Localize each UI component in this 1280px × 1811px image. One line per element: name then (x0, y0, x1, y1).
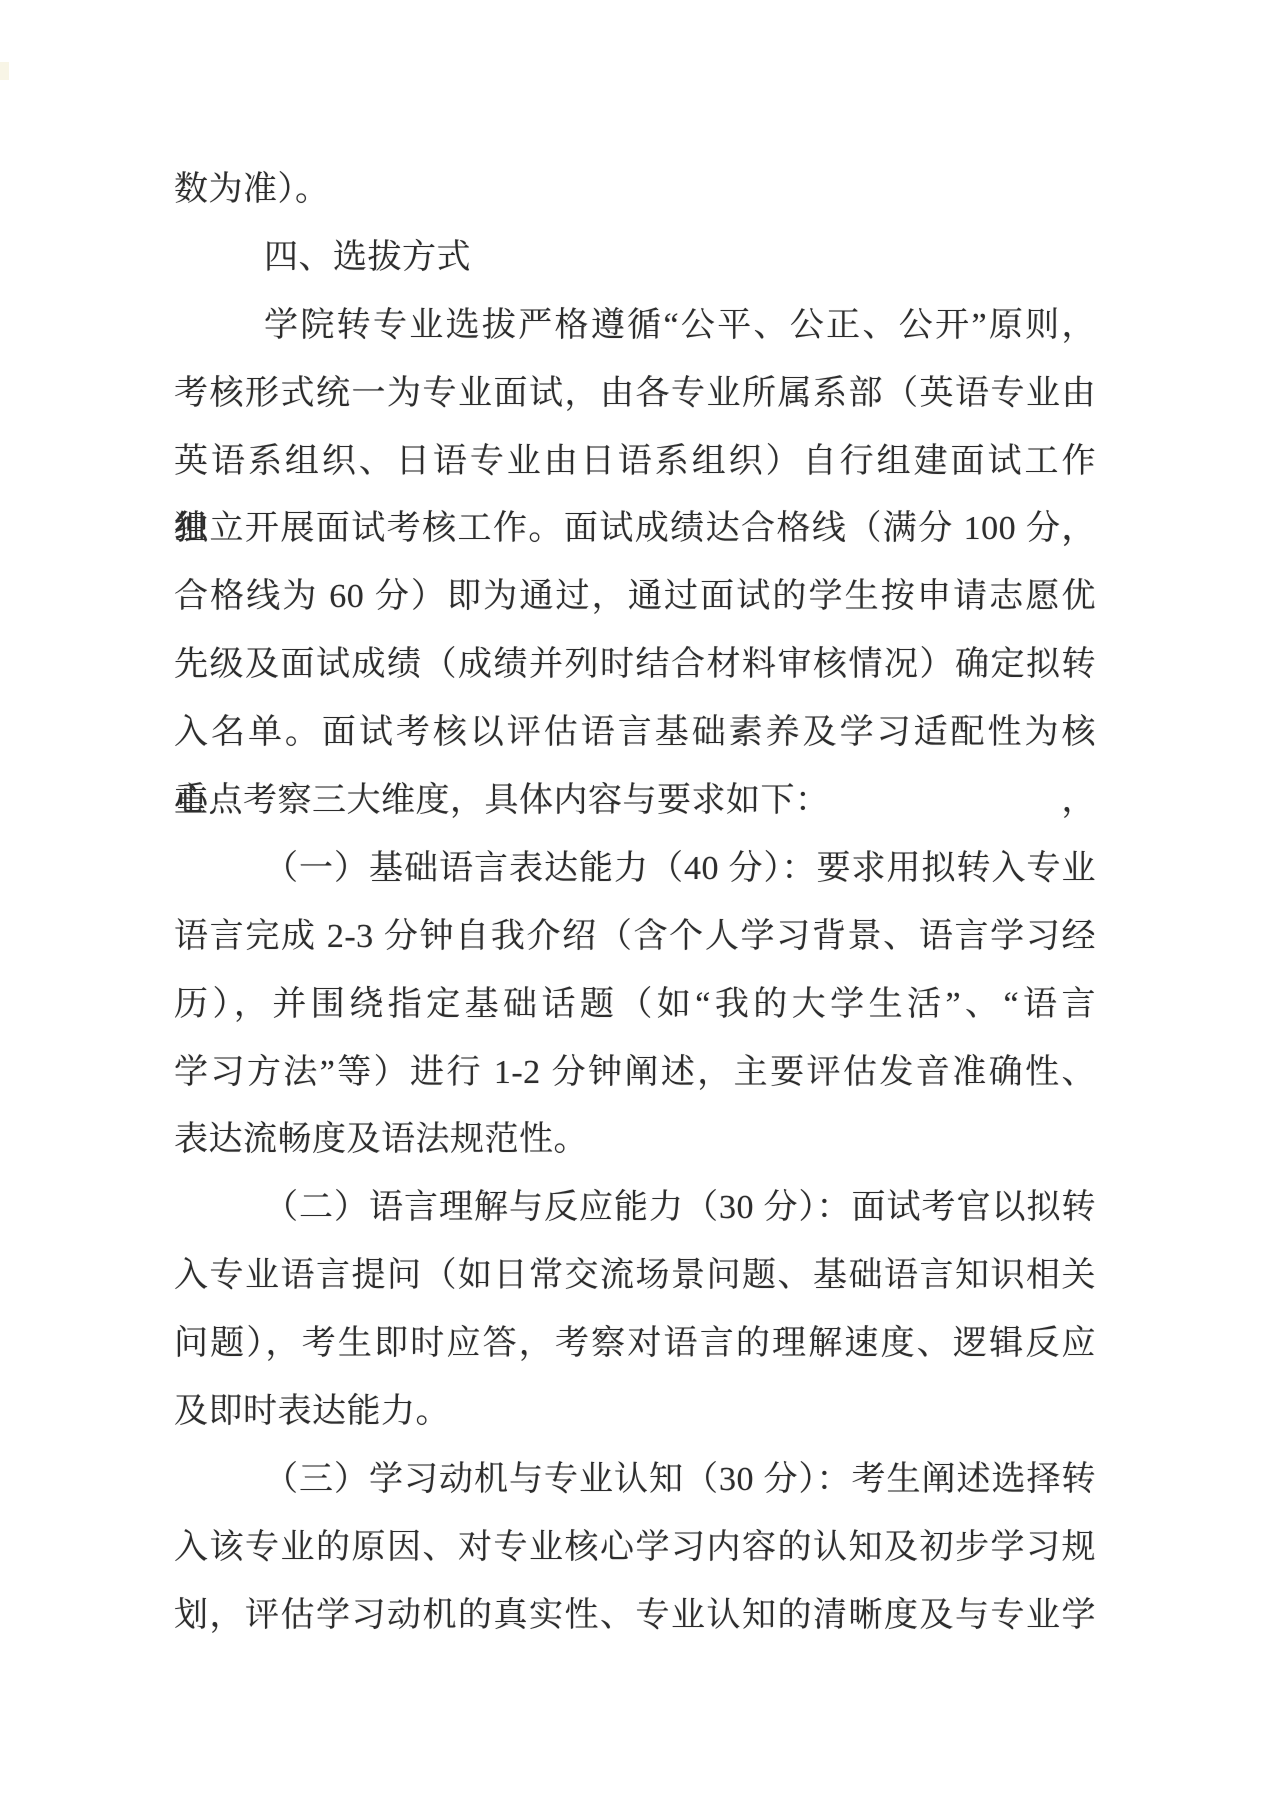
text-line: 入名单。面试考核以评估语言基础素养及学习适配性为核心， (174, 699, 1096, 767)
text-line: 合格线为 60 分）即为通过，通过面试的学生按申请志愿优 (174, 563, 1096, 631)
document-text-block: 数为准）。四、选拔方式学院转专业选拔严格遵循“公平、公正、公开”原则，考核形式统… (174, 156, 1096, 1650)
text-line: 及即时表达能力。 (174, 1378, 1096, 1446)
text-line: （二）语言理解与反应能力（30 分）：面试考官以拟转 (174, 1174, 1096, 1242)
text-line: 表达流畅度及语法规范性。 (174, 1106, 1096, 1174)
text-line: 四、选拔方式 (174, 224, 1096, 292)
text-line: 入专业语言提问（如日常交流场景问题、基础语言知识相关 (174, 1242, 1096, 1310)
text-line: 语言完成 2-3 分钟自我介绍（含个人学习背景、语言学习经 (174, 903, 1096, 971)
text-line: 问题），考生即时应答，考察对语言的理解速度、逻辑反应 (174, 1310, 1096, 1378)
text-line: 先级及面试成绩（成绩并列时结合材料审核情况）确定拟转 (174, 631, 1096, 699)
text-line: 学院转专业选拔严格遵循“公平、公正、公开”原则， (174, 292, 1096, 360)
text-line: （一）基础语言表达能力（40 分）：要求用拟转入专业 (174, 835, 1096, 903)
text-line: 英语系组织、日语专业由日语系组织）自行组建面试工作组， (174, 428, 1096, 496)
text-line: 入该专业的原因、对专业核心学习内容的认知及初步学习规 (174, 1514, 1096, 1582)
text-line: 独立开展面试考核工作。面试成绩达合格线（满分 100 分， (174, 495, 1096, 563)
document-page: 数为准）。四、选拔方式学院转专业选拔严格遵循“公平、公正、公开”原则，考核形式统… (0, 0, 1280, 1811)
text-line: 学习方法”等）进行 1-2 分钟阐述，主要评估发音准确性、 (174, 1039, 1096, 1107)
text-line: 数为准）。 (174, 156, 1096, 224)
scan-artifact (0, 62, 9, 80)
text-line: 历），并围绕指定基础话题（如“我的大学生活”、“语言 (174, 971, 1096, 1039)
text-line: 划，评估学习动机的真实性、专业认知的清晰度及与专业学 (174, 1582, 1096, 1650)
text-line: 考核形式统一为专业面试，由各专业所属系部（英语专业由 (174, 360, 1096, 428)
text-line: （三）学习动机与专业认知（30 分）：考生阐述选择转 (174, 1446, 1096, 1514)
